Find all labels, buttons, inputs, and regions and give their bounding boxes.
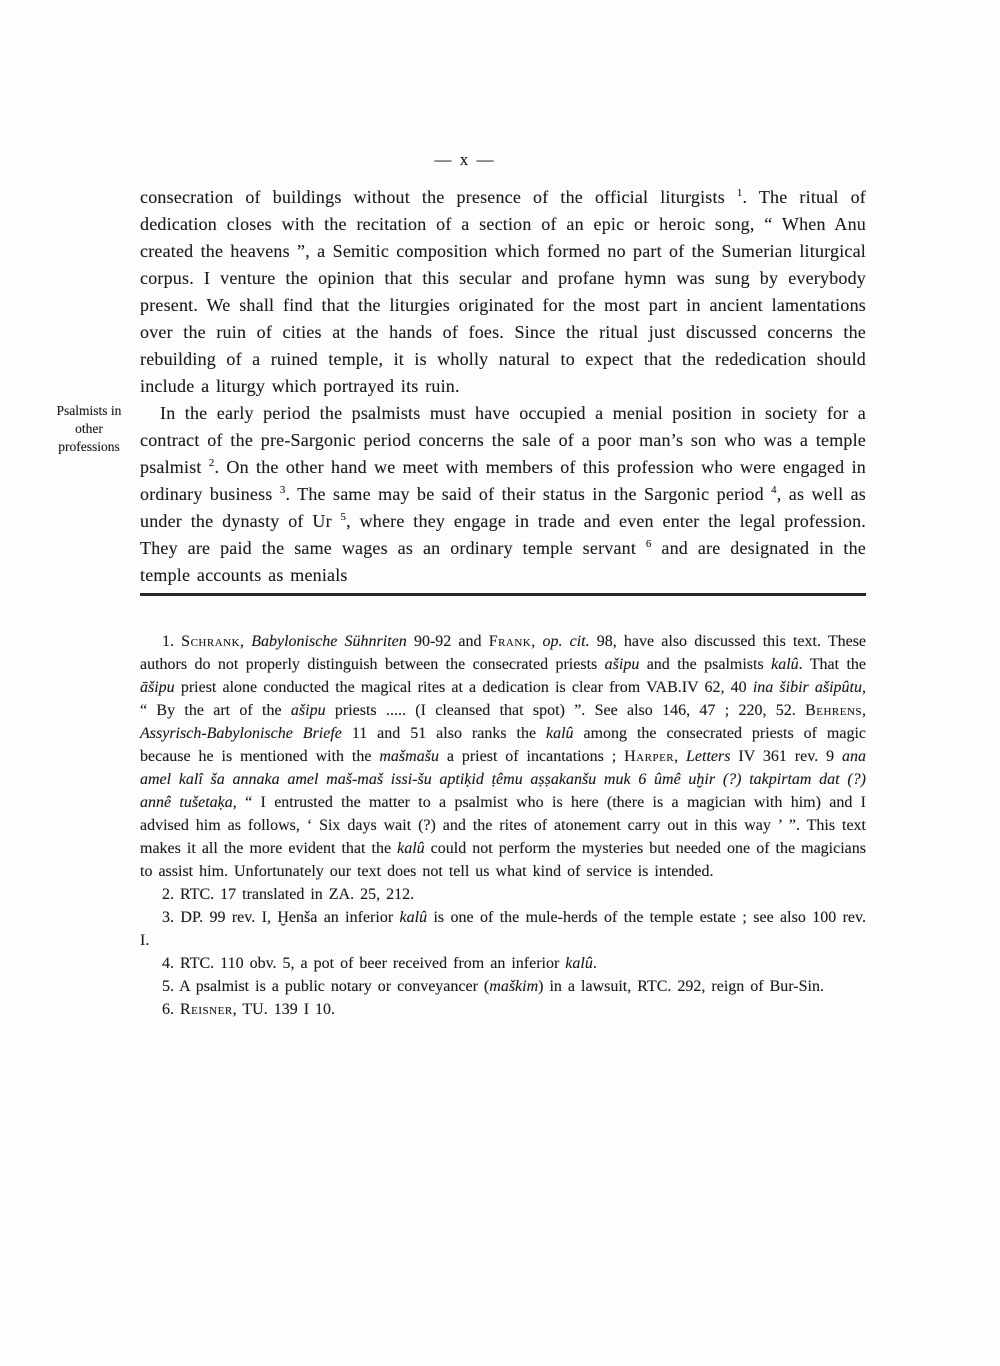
margin-note-line: professions — [38, 438, 140, 456]
body-paragraph-2: In the early period the psalmists must h… — [140, 400, 866, 589]
footnote-5: 5. A psalmist is a public notary or conv… — [140, 975, 866, 998]
body-paragraph-1: consecration of buildings without the pr… — [140, 184, 866, 400]
footnote-6: 6. Reisner, TU. 139 I 10. — [140, 998, 866, 1021]
footnote-3: 3. DP. 99 rev. I, Ḫenša an inferior kalû… — [140, 906, 866, 952]
book-page: — x — Psalmists in other professions con… — [0, 0, 1000, 1366]
footnote-2: 2. RTC. 17 translated in ZA. 25, 212. — [140, 883, 866, 906]
footnote-divider — [140, 593, 866, 596]
margin-note: Psalmists in other professions — [38, 402, 140, 456]
footnote-1: 1. Schrank, Babylonische Sühnriten 90-92… — [140, 630, 866, 883]
footnotes-section: 1. Schrank, Babylonische Sühnriten 90-92… — [140, 630, 866, 1021]
page-number-header: — x — — [140, 150, 790, 170]
body-text: consecration of buildings without the pr… — [140, 184, 866, 589]
margin-note-line: Psalmists in — [38, 402, 140, 420]
margin-note-line: other — [38, 420, 140, 438]
footnote-4: 4. RTC. 110 obv. 5, a pot of beer receiv… — [140, 952, 866, 975]
